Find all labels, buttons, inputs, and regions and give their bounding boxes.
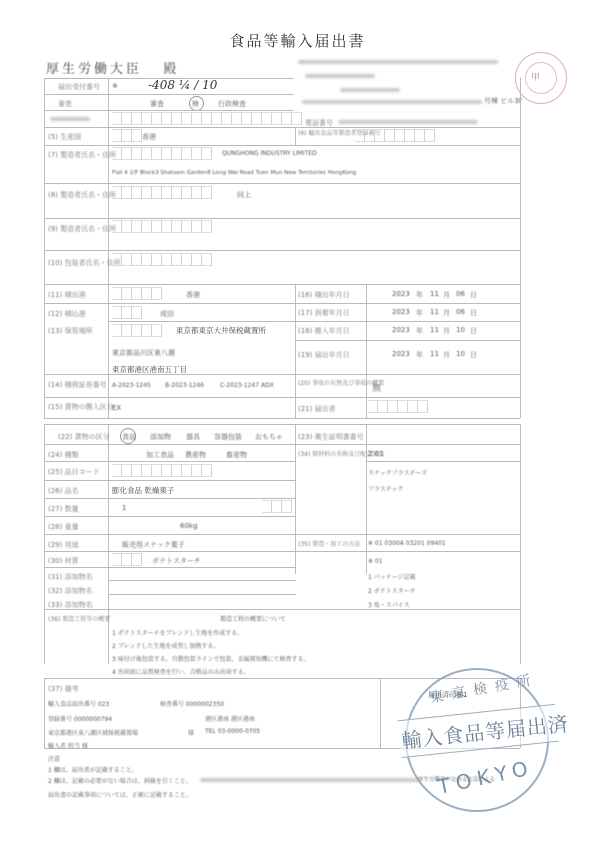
receipt-no-label: 届出受付番号	[58, 82, 100, 92]
manufacturer-name: QUNGHONG INDUSTRY LIMITED	[222, 150, 317, 157]
receipt-no-handwritten: -408 ¼ / 10	[148, 78, 217, 92]
row9-code-boxes[interactable]	[112, 220, 212, 233]
ingredients-value-1: Z 01	[368, 450, 384, 458]
weight-label: (28) 重量	[48, 522, 79, 532]
date-4-month: 11	[430, 350, 439, 358]
date-1-day: 06	[456, 290, 465, 298]
row11-code-boxes[interactable]	[112, 287, 162, 300]
date-4-month-unit: 月	[443, 350, 450, 360]
row14-value-1: A-2023-1245	[112, 382, 151, 389]
date-4-year: 2023	[392, 350, 410, 358]
phone-value-blur	[338, 120, 478, 124]
date-2-day-unit: 日	[470, 308, 477, 318]
applicant-address-blur	[302, 100, 482, 104]
applicant-name-blur-2	[340, 88, 400, 92]
name-label: (26) 品名	[48, 486, 79, 496]
origin-value: 香港	[142, 132, 156, 142]
row4-label-blur	[50, 117, 90, 121]
category-option-utensil[interactable]: 器具	[186, 432, 200, 442]
item-code-boxes[interactable]	[112, 464, 212, 477]
honorific: 殿	[163, 62, 179, 77]
date-2-year-unit: 年	[416, 308, 423, 318]
row9-label: (9) 製造者氏名・住所	[48, 224, 116, 234]
row11-value: 香港	[186, 290, 200, 300]
ingredients-value-3: プラスチック	[368, 484, 404, 493]
process-value-2: ※ 01	[368, 558, 383, 565]
type-option-1[interactable]: 加工食品	[146, 450, 174, 460]
manufacturer-label: (7) 製造者氏名・住所	[48, 150, 116, 160]
date-2-month: 11	[430, 308, 439, 316]
footer-line3-b: 様	[188, 728, 194, 737]
stamp-bottom-text: TOKYO	[436, 755, 536, 799]
process-value-5: 3 塩・スパイス	[368, 600, 410, 609]
date-4-day-unit: 日	[470, 350, 477, 360]
item-code-label: (25) 品目コード	[48, 467, 100, 477]
inspection-option-1[interactable]: 審査	[150, 99, 164, 109]
row10-code-boxes[interactable]	[112, 253, 212, 266]
row14-value-2: B-2023-1246	[165, 382, 204, 389]
type-option-3[interactable]: 畜産物	[226, 450, 247, 460]
row12-label: (12) 積込港	[48, 309, 86, 319]
date-2-day: 06	[456, 308, 465, 316]
exporter-code-boxes[interactable]	[355, 129, 435, 142]
remarks-line-3: 3 味付け後包装する。自動包装ラインで包装、金属探知機にて検査する。	[112, 654, 310, 663]
process-value-3: 1 パッケージ記載	[368, 572, 416, 581]
applicant-note-blur	[298, 60, 498, 64]
date-3-year: 2023	[392, 326, 410, 334]
quantity-label: (27) 数量	[48, 504, 79, 514]
quantity-value: 1	[122, 504, 126, 512]
date-1-month-unit: 月	[443, 290, 450, 300]
date-2-month-unit: 月	[443, 308, 450, 318]
additive-row-1-label: (31) 添加物名	[48, 572, 93, 582]
remarks-line-4: 4 出荷前に品質検査を行い、合格品のみ出荷する。	[112, 667, 250, 676]
material-label: (30) 材質	[48, 556, 79, 566]
date-3-label: (18) 搬入年月日	[298, 326, 350, 336]
date-1-month: 11	[430, 290, 439, 298]
date-4-day: 10	[456, 350, 465, 358]
accident-value: 無	[372, 381, 381, 394]
row11-label: (11) 積出港	[48, 290, 86, 300]
packager-value: 同上	[237, 190, 251, 200]
row14-value-3: C-2023-1247 ADX	[220, 382, 274, 389]
date-3-day: 10	[456, 326, 465, 334]
date-3-year-unit: 年	[416, 326, 423, 336]
remarks-line-2: 2 ブレンドした生地を成型し加熱する。	[112, 641, 219, 650]
row13-line2: 東京都品川区東八潮	[112, 348, 175, 358]
row10-label: (10) 包装者氏名・住所	[48, 258, 121, 268]
date-2-year: 2023	[392, 308, 410, 316]
date-1-label: (16) 積出年月日	[298, 290, 350, 300]
additive-row-2-label: (32) 添加物名	[48, 586, 93, 596]
submitter-code-boxes[interactable]	[368, 400, 428, 413]
category-option-container[interactable]: 容器包装	[214, 432, 242, 442]
date-2-label: (17) 到着年月日	[298, 308, 350, 318]
document-title: 食品等輸入届出書	[0, 30, 595, 51]
row12-value: 成田	[160, 309, 174, 319]
footer-line1-a: 輸入食品届出番号 023	[48, 699, 109, 708]
ingredients-value-2: スナックプラスチーズ	[368, 468, 427, 477]
footer-line4: 輸入者 担当 様	[48, 741, 88, 750]
addressee: 厚生労働大臣 殿	[46, 58, 179, 77]
use-value: 販売用スナック菓子	[122, 540, 185, 550]
stamp-center-text: 輸入食品等届出済	[400, 708, 570, 754]
category-option-toy[interactable]: おもちゃ	[255, 432, 283, 442]
origin-label: (5) 生産国	[48, 132, 81, 142]
packager-label: (8) 製造者氏名・住所	[48, 190, 116, 200]
health-cert-label: (23) 衛生証明書番号	[298, 432, 364, 442]
footer-line3-a: 東京都港区東八潮区域保税蔵置場	[48, 728, 138, 737]
addressee-name: 厚生労働大臣	[46, 62, 142, 77]
note-1: 1 欄は、届出者が記載すること。	[48, 765, 138, 774]
customs-stamp: 東京検疫所 輸入食品等届出済 TOKYO	[405, 668, 549, 812]
notes-heading: 注意	[48, 754, 60, 763]
process-label: (35) 製造・加工の方法	[298, 539, 360, 548]
weight-value: 60kg	[180, 522, 197, 530]
submitter-label: (21) 届出者	[298, 404, 336, 414]
receipt-no-prefix: ※	[112, 82, 118, 90]
inspection-label: 審査	[58, 99, 72, 109]
row14-label: (14) 積荷証券番号	[48, 380, 107, 390]
material-value: ポテトスターチ	[152, 556, 201, 566]
row4-boxes[interactable]	[112, 112, 302, 125]
note-2-continuation-blur	[200, 778, 420, 782]
remarks-line-1: 1 ポテトスターチをブレンドし生地を作成する。	[112, 628, 243, 637]
category-option-additive[interactable]: 添加物	[150, 432, 171, 442]
date-4-year-unit: 年	[416, 350, 423, 360]
row15-label: (15) 貨物の搬入区分	[48, 402, 114, 412]
row12-code-boxes[interactable]	[112, 306, 142, 319]
note-2: 2 欄は、記載の必要がない場合は、斜線を引くこと。	[48, 776, 192, 785]
applicant-address-suffix: 号棟 ビル3F	[484, 96, 523, 106]
footer-line3-c: TEL 03-0000-0705	[205, 728, 260, 735]
date-1-year-unit: 年	[416, 290, 423, 300]
row13-value: 東京都東京大井保税蔵置所	[176, 325, 266, 336]
date-1-year: 2023	[392, 290, 410, 298]
type-option-2[interactable]: 農産物	[185, 450, 206, 460]
date-1-day-unit: 日	[470, 290, 477, 300]
manufacturer-code-boxes[interactable]	[112, 147, 212, 160]
row13-label: (13) 保管場所	[48, 326, 93, 336]
notes-label: (37) 備考	[48, 684, 79, 694]
process-value-4: 2 ポテトスターチ	[368, 586, 416, 595]
applicant-name-blur	[305, 74, 375, 78]
category-label: (22) 貨物の区分	[58, 432, 110, 442]
remarks-label: (36) 製造工程等の概要	[48, 614, 110, 623]
footer-line2-a: 登録番号 0000000794	[48, 714, 112, 723]
packager-code-boxes[interactable]	[112, 186, 212, 199]
row13-code-boxes[interactable]	[112, 324, 162, 337]
material-code-boxes[interactable]	[112, 553, 142, 566]
footer-line1-b: 検査番号 0000002350	[160, 699, 224, 708]
type-label: (24) 種類	[48, 450, 79, 460]
stamp-top-text: 東京検疫所	[428, 669, 540, 708]
origin-code-boxes[interactable]	[112, 129, 142, 142]
use-label: (29) 用途	[48, 540, 79, 550]
process-value-1: ※ 01 0300A 03201 09401	[368, 540, 446, 547]
category-option-food[interactable]: 食品	[122, 432, 136, 442]
date-4-label: (19) 届出年月日	[298, 350, 350, 360]
inspection-option-2[interactable]: 検	[192, 99, 199, 109]
manufacturer-address: Flat 4 2/F Block3 Shatsam Garden8 Long W…	[112, 170, 356, 176]
note-3: 届出書の記載事項については、正確に記載すること。	[48, 790, 192, 799]
applicant-seal: 甲	[515, 52, 567, 104]
row15-value: EX	[112, 404, 121, 412]
inspection-option-3[interactable]: 行政検査	[218, 99, 246, 109]
footer-line2-b: 港区港南 港区港南	[205, 714, 255, 723]
quantity-unit-boxes[interactable]	[262, 500, 292, 513]
name-value: 膨化食品 乾燥菓子	[112, 485, 174, 496]
date-3-day-unit: 日	[470, 326, 477, 336]
date-3-month-unit: 月	[443, 326, 450, 336]
date-3-month: 11	[430, 326, 439, 334]
remarks-title: 製造工程の概要について	[220, 614, 286, 623]
